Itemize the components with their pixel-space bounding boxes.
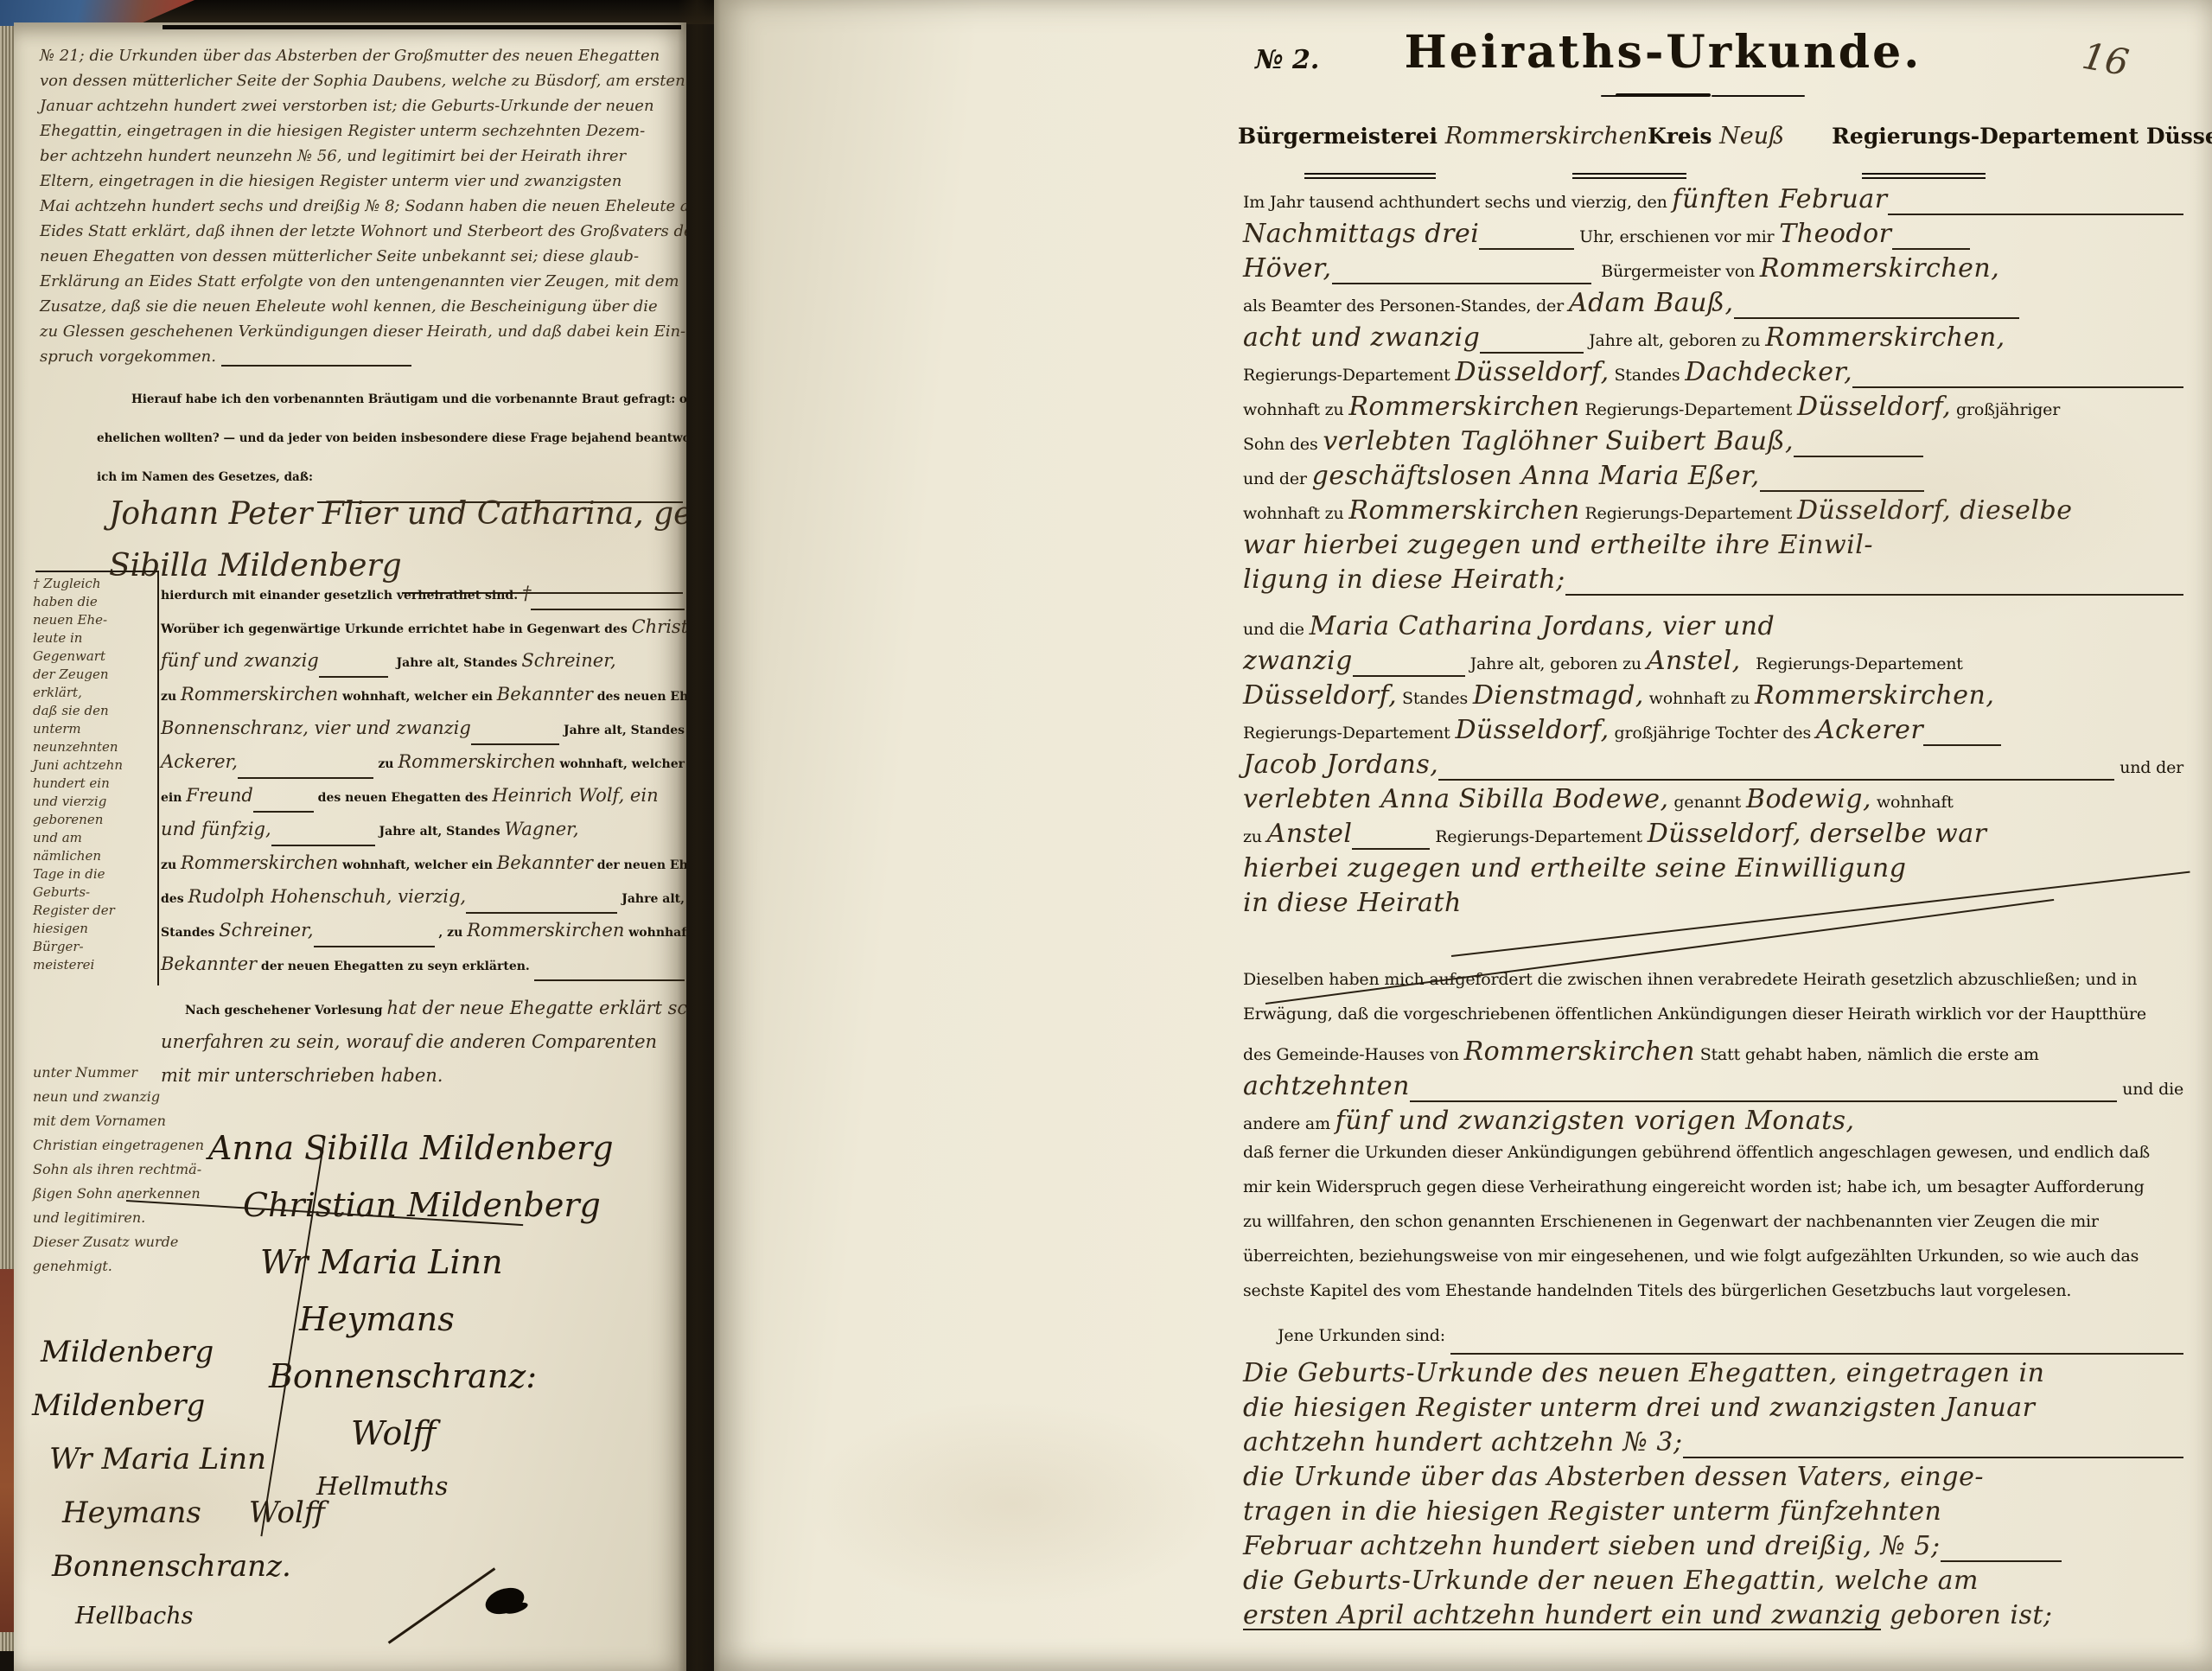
handwritten-text: Düsseldorf, derselbe war <box>1648 821 1987 847</box>
left-page: № 21; die Urkunden über das Absterben de… <box>14 22 686 1671</box>
handwritten-text: Nachmittags drei <box>1243 221 1479 247</box>
handwritten-text: haben die <box>33 594 98 609</box>
handwritten-text: Adam Bauß, <box>1569 290 1734 316</box>
form-line: tragen in die hiesigen Register unterm f… <box>1243 1499 2183 1534</box>
form-line: Bonnenschranz: <box>269 1357 686 1414</box>
form-line: Anna Sibilla Mildenberg <box>208 1129 686 1186</box>
handwritten-text: und am <box>33 830 82 845</box>
handwritten-text: leute in <box>33 630 82 646</box>
handwritten-text: hat der neue Ehegatte erklärt schreibens <box>386 998 686 1018</box>
form-line: nämlichen <box>33 848 154 866</box>
printed-text: Regierungs-Departement <box>1741 654 1963 673</box>
handwritten-text: acht und zwanzig <box>1243 325 1480 351</box>
handwritten-text: mit mir unterschrieben haben. <box>161 1065 443 1086</box>
form-line: leute in <box>33 630 154 648</box>
handwritten-text-underlined: ersten April achtzehn hundert ein und zw… <box>1243 1603 1881 1630</box>
handwritten-text: Gegenwart <box>33 648 105 664</box>
fill-in-blank-line <box>1892 248 1970 250</box>
form-line: Christian Mildenberg <box>243 1186 686 1243</box>
handwritten-page-number: 16 <box>2079 35 2132 85</box>
margin-note-column: † Zugleichhaben dieneuen Ehe-leute inGeg… <box>33 576 154 975</box>
handwritten-text: Heymans <box>62 1496 201 1530</box>
fill-in-blank-line <box>1734 317 2019 319</box>
handwritten-text: Düsseldorf, <box>1455 718 1609 743</box>
handwritten-text: zu Glessen geschehenen Verkündigungen di… <box>40 322 685 341</box>
handwritten-text: № 21; die Urkunden über das Absterben de… <box>40 47 660 65</box>
handwritten-text: Bekannter <box>161 953 257 974</box>
form-line: Bonnenschranz, vier und zwanzig Jahre al… <box>161 718 685 751</box>
printed-text: wohnhaft zu <box>1644 689 1755 708</box>
fill-in-blank-line <box>221 365 411 367</box>
handwritten-name: und <box>397 496 476 532</box>
handwritten-text: Düsseldorf, <box>1797 394 1951 420</box>
handwritten-text: Rommerskirchen, <box>1765 325 2005 351</box>
form-line: zu Anstel Regierungs-Departement Düsseld… <box>1243 821 2183 856</box>
fill-in-blank-line <box>1852 386 2183 388</box>
handwritten-text: verlebten Taglöhner Suibert Bauß, <box>1323 429 1794 455</box>
handwritten-text: hierbei zugegen und ertheilte seine Einw… <box>1243 856 1906 882</box>
form-line: Bürgermeisterei RommerskirchenKreis Neuß… <box>1238 123 2180 150</box>
handwritten-text: Ackerer, <box>161 751 238 772</box>
form-line: Wr Maria Linn <box>260 1243 686 1300</box>
printed-text: des neuen Ehegatten des <box>593 690 686 704</box>
handwritten-text: Mildenberg <box>32 1388 205 1423</box>
fill-in-blank-line <box>1923 744 2001 746</box>
handwritten-text: die Geburts-Urkunde der neuen Ehegattin,… <box>1243 1568 1979 1594</box>
printed-text: wohnhaft zu <box>1243 504 1348 523</box>
fill-in-blank-line <box>534 979 685 981</box>
handwritten-text: spruch vorgekommen. <box>40 348 221 366</box>
printed-text: Sohn des <box>1243 435 1323 454</box>
handwritten-text: Juni achtzehn <box>33 757 123 773</box>
printed-text: zu <box>161 690 181 704</box>
handwritten-text: Bonnenschranz. <box>52 1549 291 1584</box>
handwritten-text: Rudolph Hohenschuh, vierzig, <box>188 886 466 907</box>
handwritten-text: achtzehnten <box>1243 1074 1410 1100</box>
handwritten-text: † Zugleich <box>33 576 101 591</box>
handwritten-text: Wolff <box>249 1496 325 1530</box>
fill-in-blank-line <box>314 946 435 947</box>
certificate-body: Im Jahr tausend achthundert sechs und vi… <box>1243 187 2183 1637</box>
printed-text: zu <box>1243 827 1267 846</box>
fill-in-blank-line <box>1450 1353 2183 1355</box>
left-top-handwritten-block: № 21; die Urkunden über das Absterben de… <box>40 47 686 373</box>
form-line: Erwägung, daß die vorgeschriebenen öffen… <box>1243 1005 2183 1039</box>
printed-text: ehelichen wollten? — und da jeder von be… <box>97 431 686 445</box>
printed-text: der neuen Ehegatten und <box>593 858 686 872</box>
form-line: ehelichen wollten? — und da jeder von be… <box>97 431 683 470</box>
form-line: zu Rommerskirchen wohnhaft, welcher ein … <box>161 684 685 718</box>
form-line: fünf und zwanzig Jahre alt, Standes Schr… <box>161 650 685 684</box>
form-line: Februar achtzehn hundert sieben und drei… <box>1243 1534 2183 1568</box>
handwritten-text: Bodewig, <box>1746 787 1871 813</box>
fill-in-blank-line <box>319 676 388 678</box>
handwritten-text: Eltern, eingetragen in die hiesigen Regi… <box>40 172 622 190</box>
form-line: überreichten, beziehungsweise von mir ei… <box>1243 1247 2183 1281</box>
form-line: in diese Heirath <box>1243 890 2183 925</box>
handwritten-text: war hierbei zugegen und ertheilte ihre E… <box>1243 533 1873 558</box>
printed-text: Jahre alt, Standes <box>375 825 505 839</box>
printed-text: Standes <box>161 926 219 940</box>
fill-in-blank-line <box>271 845 375 846</box>
handwritten-text: Tage in die <box>33 866 105 882</box>
title-ornament-rule <box>1616 93 1711 97</box>
page-top-rule <box>163 25 681 29</box>
handwritten-text: Wagner, <box>504 819 578 839</box>
form-line: hierbei zugegen und ertheilte seine Einw… <box>1243 856 2183 890</box>
handwritten-text: zwanzig <box>1243 648 1353 674</box>
form-line: Erklärung an Eides Statt erfolgte von de… <box>40 272 686 297</box>
form-line: Nachmittags drei Uhr, erschienen vor mir… <box>1243 221 2183 256</box>
form-line: ber achtzehn hundert neunzehn № 56, und … <box>40 147 686 172</box>
handwritten-text: fünf und zwanzig <box>161 650 319 671</box>
handwritten-text: Erklärung an Eides Statt erfolgte von de… <box>40 272 679 290</box>
handwritten-text: ber achtzehn hundert neunzehn № 56, und … <box>40 147 626 165</box>
form-line: † Zugleich <box>33 576 154 594</box>
form-line: Register der <box>33 902 154 921</box>
form-line: verlebten Anna Sibilla Bodewe, genannt B… <box>1243 787 2183 821</box>
printed-text: als Beamter des Personen-Standes, der <box>1243 297 1569 316</box>
handwritten-text: Anstel <box>1267 821 1353 847</box>
handwritten-text: geborenen <box>33 812 103 827</box>
fill-in-blank-line <box>1438 779 2114 781</box>
form-line: mit mir unterschrieben haben. <box>161 1065 685 1099</box>
printed-text: zu <box>161 858 181 872</box>
handwritten-text: Ackerer <box>1816 718 1923 743</box>
handwritten-text: Hellmuths <box>316 1471 448 1501</box>
printed-text: des Gemeinde-Hauses von <box>1243 1045 1464 1064</box>
printed-text-bold: Bürgermeisterei <box>1238 124 1445 149</box>
form-line: ligung in diese Heirath; <box>1243 567 2183 602</box>
form-line: HeymansWolff <box>62 1496 322 1549</box>
handwritten-text: Neuß <box>1719 123 1784 150</box>
form-line: des Rudolph Hohenschuh, vierzig, Jahre a… <box>161 886 685 920</box>
fill-in-blank-line <box>1410 1100 2117 1102</box>
form-line: hierdurch mit einander gesetzlich verhei… <box>161 583 685 616</box>
handwritten-text: neuen Ehe- <box>33 612 107 628</box>
handwritten-text: Freund <box>186 785 253 806</box>
form-line: Jacob Jordans, und der <box>1243 752 2183 787</box>
form-line: Wolff <box>351 1414 686 1471</box>
form-line: die Geburts-Urkunde der neuen Ehegattin,… <box>1243 1568 2183 1603</box>
handwritten-name: Catharina, <box>477 496 644 532</box>
fill-in-blank-line <box>1941 1560 2062 1562</box>
signature-flourish <box>388 1567 496 1643</box>
fill-in-blank-line <box>253 811 314 813</box>
printed-text: daß ferner die Urkunden dieser Ankündigu… <box>1243 1143 2150 1162</box>
form-line: Düsseldorf, Standes Dienstmagd, wohnhaft… <box>1243 683 2183 718</box>
handwritten-text: unter Nummer <box>33 1064 137 1081</box>
printed-text: mir kein Widerspruch gegen diese Verheir… <box>1243 1177 2145 1196</box>
form-line: Höver, Bürgermeister von Rommerskirchen, <box>1243 256 2183 290</box>
handwritten-text: Bekannter <box>497 852 593 873</box>
handwritten-text: und vierzig <box>33 794 106 809</box>
handwritten-text: neun und zwanzig <box>33 1088 160 1105</box>
handwritten-text: unterm <box>33 721 81 737</box>
printed-text: Regierungs-Departement <box>1243 724 1455 743</box>
printed-text: Jene Urkunden sind: <box>1278 1326 1450 1345</box>
printed-text-bold: Regierungs-Departement Düsseldorf. <box>1832 124 2212 149</box>
printed-text: der neuen Ehegatten zu seyn erklärten. <box>257 960 534 973</box>
handwritten-name: Johann Peter Flier <box>109 496 397 532</box>
printed-text: Regierungs-Departement <box>1580 504 1797 523</box>
handwritten-text: neuen Ehegatten von dessen mütterlicher … <box>40 247 639 265</box>
printed-text: Worüber ich gegenwärtige Urkunde erricht… <box>161 622 632 636</box>
form-line: Bonnenschranz. <box>52 1549 322 1603</box>
printed-text: Jahre alt, <box>617 892 685 906</box>
handwritten-text: in diese Heirath <box>1243 890 1462 916</box>
handwritten-text: und fünfzig, <box>161 819 271 839</box>
printed-text: wohnhaft <box>1871 793 1954 812</box>
form-line: Juni achtzehn <box>33 757 154 775</box>
printed-text: des neuen Ehegatten des <box>314 791 493 805</box>
form-line: meisterei <box>33 957 154 975</box>
form-line: erklärt, <box>33 685 154 703</box>
handwritten-text: ligung in diese Heirath; <box>1243 567 1565 593</box>
printed-text: zu <box>373 757 398 771</box>
handwritten-text: Mai achtzehn hundert sechs und dreißig №… <box>40 197 686 215</box>
form-line: Mildenberg <box>32 1388 322 1442</box>
right-page-content: № 2. Heiraths-Urkunde. 16 Bürgermeistere… <box>1231 0 2196 1671</box>
printed-text: Statt gehabt haben, nämlich die erste am <box>1695 1045 2039 1064</box>
handwritten-text: der Zeugen <box>33 666 109 682</box>
printed-text: Regierungs-Departement <box>1580 400 1797 419</box>
printed-text: sechste Kapitel des vom Ehestande handel… <box>1243 1281 2071 1300</box>
form-line: wohnhaft zu Rommerskirchen Regierungs-De… <box>1243 498 2183 533</box>
fill-in-blank-line <box>1565 594 2183 596</box>
printed-text: Erwägung, daß die vorgeschriebenen öffen… <box>1243 1005 2146 1024</box>
handwritten-text: unerfahren zu sein, worauf die anderen C… <box>161 1031 657 1052</box>
handwritten-text: Jacob Jordans, <box>1243 752 1438 778</box>
form-line: № 21; die Urkunden über das Absterben de… <box>40 47 686 72</box>
form-line: sechste Kapitel des vom Ehestande handel… <box>1243 1281 2183 1316</box>
fill-in-blank-line <box>1352 848 1430 850</box>
fill-in-blank-line <box>466 912 617 914</box>
printed-text: , zu <box>435 926 468 940</box>
form-line: war hierbei zugegen und ertheilte ihre E… <box>1243 533 2183 567</box>
handwritten-text: die hiesigen Register unterm drei und zw… <box>1243 1395 2036 1421</box>
fill-in-blank-line <box>1353 675 1465 677</box>
handwritten-text: Zusatze, daß sie die neuen Eheleute wohl… <box>40 297 658 316</box>
form-line: zu Glessen geschehenen Verkündigungen di… <box>40 322 686 348</box>
fill-in-blank-line <box>531 609 685 610</box>
form-line: haben die <box>33 594 154 612</box>
form-line: Bürger- <box>33 939 154 957</box>
form-line: wohnhaft zu Rommerskirchen Regierungs-De… <box>1243 394 2183 429</box>
form-line: Jene Urkunden sind: <box>1278 1326 2183 1361</box>
printed-text: wohnhaft zu <box>1243 400 1348 419</box>
fill-in-blank-line <box>1480 352 1584 354</box>
margin-note-top-rule <box>35 571 159 572</box>
form-line: mir kein Widerspruch gegen diese Verheir… <box>1243 1177 2183 1212</box>
printed-text: Im Jahr tausend achthundert sechs und vi… <box>1243 193 1673 212</box>
form-line: zu Rommerskirchen wohnhaft, welcher ein … <box>161 852 685 886</box>
handwritten-text: Bonnenschranz, vier und zwanzig <box>161 718 471 738</box>
printed-text: und der <box>1243 469 1312 488</box>
ink-blot <box>482 1584 527 1619</box>
form-line: die Urkunde über das Absterben dessen Va… <box>1243 1464 2183 1499</box>
book-scan: № 21; die Urkunden über das Absterben de… <box>0 0 2212 1671</box>
printed-text: Jahre alt, geboren zu <box>1465 654 1647 673</box>
form-line: Worüber ich gegenwärtige Urkunde erricht… <box>161 616 685 650</box>
fill-in-blank-line <box>471 743 559 745</box>
handwritten-text: fünften Februar <box>1673 187 1888 213</box>
fill-in-blank-line <box>1760 490 1924 492</box>
form-line: Bekannter der neuen Ehegatten zu seyn er… <box>161 953 685 987</box>
handwritten-text: Anna Sibilla Mildenberg <box>208 1129 614 1167</box>
form-line: und der geschäftslosen Anna Maria Eßer, <box>1243 463 2183 498</box>
printed-text: wohnhaft, welcher ein <box>338 858 497 872</box>
handwritten-text: mit dem Vornamen <box>33 1113 166 1129</box>
handwritten-text: nämlichen <box>33 848 101 864</box>
handwritten-text: geboren ist; <box>1881 1603 2052 1629</box>
handwritten-text: Rommerskirchen <box>1348 394 1579 420</box>
handwritten-text: geschäftslosen Anna Maria Eßer, <box>1312 463 1760 489</box>
printed-text: überreichten, beziehungsweise von mir ei… <box>1243 1247 2139 1266</box>
handwritten-text: achtzehn hundert achtzehn № 3; <box>1243 1430 1683 1456</box>
handwritten-text: Wr Maria Linn <box>49 1442 266 1476</box>
fill-in-blank-line <box>1794 456 1923 457</box>
handwritten-text: daß sie den <box>33 703 109 718</box>
form-line: hiesigen <box>33 921 154 939</box>
printed-text: Regierungs-Departement <box>1243 366 1455 385</box>
printed-text: genannt <box>1669 793 1746 812</box>
form-line: Hierauf habe ich den vorbenannten Bräuti… <box>131 392 683 431</box>
handwritten-text: Rommerskirchen, <box>1755 683 1994 709</box>
form-line: Eides Statt erklärt, daß ihnen der letzt… <box>40 222 686 247</box>
form-line: Die Geburts-Urkunde des neuen Ehegatten,… <box>1243 1361 2183 1395</box>
handwritten-text: Januar achtzehn hundert zwei verstorben … <box>40 97 654 115</box>
printed-text: des <box>161 892 188 906</box>
left-form-section: hierdurch mit einander gesetzlich verhei… <box>161 583 685 1099</box>
form-line: hundert ein <box>33 775 154 794</box>
handwritten-text: Mildenberg <box>41 1335 214 1369</box>
handwritten-text: Wr Maria Linn <box>260 1243 503 1281</box>
form-line: Eltern, eingetragen in die hiesigen Regi… <box>40 172 686 197</box>
handwritten-text: Düsseldorf, <box>1243 683 1397 709</box>
printed-text: und der <box>2114 758 2183 777</box>
handwritten-text: Christian Mildenberg <box>243 1186 601 1224</box>
handwritten-text: Rommerskirchen <box>398 751 555 772</box>
form-line: Gegenwart <box>33 648 154 666</box>
form-line: ersten April achtzehn hundert ein und zw… <box>1243 1603 2183 1637</box>
handwritten-text: Rommerskirchen <box>1348 498 1579 524</box>
printed-text: Hierauf habe ich den vorbenannten Bräuti… <box>131 392 686 406</box>
handwritten-text: Rommerskirchen <box>1445 123 1648 150</box>
form-line: Mildenberg <box>41 1335 322 1388</box>
printed-text: Standes <box>1397 689 1473 708</box>
form-line: neuen Ehe- <box>33 612 154 630</box>
printed-text-bold: Kreis <box>1648 124 1719 149</box>
handwritten-text: Höver, <box>1243 256 1332 282</box>
handwritten-text: tragen in die hiesigen Register unterm f… <box>1243 1499 1941 1525</box>
double-rule <box>1862 173 1986 175</box>
form-line: achtzehn hundert achtzehn № 3; <box>1243 1430 2183 1464</box>
form-line: Januar achtzehn hundert zwei verstorben … <box>40 97 686 122</box>
handwritten-text: erklärt, <box>33 685 82 700</box>
form-line: Regierungs-Departement Düsseldorf, großj… <box>1243 718 2183 752</box>
form-line: Regierungs-Departement Düsseldorf, Stand… <box>1243 360 2183 394</box>
book-gutter-shadow <box>678 0 721 1671</box>
printed-text: wohnhaft, welcher ein <box>338 690 497 704</box>
handwritten-text: verlebten Anna Sibilla Bodewe, <box>1243 787 1669 813</box>
handwritten-text: Register der <box>33 902 115 918</box>
printed-text: Bürgermeister von <box>1591 262 1760 281</box>
handwritten-text: Schreiner, <box>521 650 615 671</box>
printed-text: andere am <box>1243 1114 1335 1133</box>
form-line: Nach geschehener Vorlesung hat der neue … <box>185 998 685 1031</box>
fill-in-blank-line <box>1332 283 1591 284</box>
handwritten-text: Rommerskirchen <box>181 684 338 705</box>
handwritten-text: Heymans <box>299 1300 455 1338</box>
form-line: Hellbachs <box>75 1603 322 1656</box>
handwritten-text: Bürger- <box>33 939 84 954</box>
printed-text: Uhr, erschienen vor mir <box>1574 227 1779 246</box>
form-line: andere am fünf und zwanzigsten vorigen M… <box>1243 1108 2183 1143</box>
form-line: acht und zwanzig Jahre alt, geboren zu R… <box>1243 325 2183 360</box>
form-line: und vierzig <box>33 794 154 812</box>
margin-note-vertical-rule <box>157 572 159 985</box>
printed-text: Jahre alt, geboren zu <box>1584 331 1765 350</box>
form-line: neuen Ehegatten von dessen mütterlicher … <box>40 247 686 272</box>
handwritten-text: Rommerskirchen, <box>1760 256 1999 282</box>
handwritten-text: Düsseldorf, <box>1455 360 1609 386</box>
handwritten-text: von dessen mütterlicher Seite der Sophia… <box>40 72 685 90</box>
form-line: Mai achtzehn hundert sechs und dreißig №… <box>40 197 686 222</box>
handwritten-text: Theodor <box>1779 221 1891 247</box>
printed-text: Jahre alt, Standes <box>559 724 685 737</box>
handwritten-text: Februar achtzehn hundert sieben und drei… <box>1243 1534 1941 1559</box>
form-line: daß ferner die Urkunden dieser Ankündigu… <box>1243 1143 2183 1177</box>
printed-text: Regierungs-Departement <box>1430 827 1647 846</box>
form-line: Zusatze, daß sie die neuen Eheleute wohl… <box>40 297 686 322</box>
margin-signature-block: MildenbergMildenbergWr Maria LinnHeymans… <box>28 1335 322 1656</box>
handwritten-text: meisterei <box>33 957 94 973</box>
handwritten-text: hundert ein <box>33 775 110 791</box>
printed-text: Nach geschehener Vorlesung <box>185 1004 386 1017</box>
fill-in-blank-line <box>1888 214 2183 215</box>
form-line: Tage in die <box>33 866 154 884</box>
form-line: als Beamter des Personen-Standes, der Ad… <box>1243 290 2183 325</box>
handwritten-text: Anstel, <box>1647 648 1741 674</box>
form-line: zwanzig Jahre alt, geboren zu Anstel, Re… <box>1243 648 2183 683</box>
printed-text: Standes <box>1610 366 1686 385</box>
handwritten-text: Heinrich Wolf, ein <box>492 785 658 806</box>
form-line: ein Freund des neuen Ehegatten des Heinr… <box>161 785 685 819</box>
handwritten-text: Die Geburts-Urkunde des neuen Ehegatten,… <box>1243 1361 2044 1387</box>
form-line: neunzehnten <box>33 739 154 757</box>
form-line: Geburts- <box>33 884 154 902</box>
printed-text: und die <box>1243 620 1310 639</box>
form-line: unerfahren zu sein, worauf die anderen C… <box>161 1031 685 1065</box>
form-line: Ehegattin, eingetragen in die hiesigen R… <box>40 122 686 147</box>
double-rule <box>1304 173 1436 175</box>
handwritten-text: neunzehnten <box>33 739 118 755</box>
form-line: spruch vorgekommen. <box>40 348 686 373</box>
handwritten-text: Wolff <box>351 1414 436 1452</box>
handwritten-text: Dienstmagd, <box>1473 683 1644 709</box>
printed-text: ich im Namen des Gesetzes, daß: <box>97 470 317 484</box>
handwritten-text: Hellbachs <box>75 1603 194 1630</box>
handwritten-text: Geburts- <box>33 884 90 900</box>
left-printed-paragraph: Hierauf habe ich den vorbenannten Bräuti… <box>97 392 683 509</box>
form-line: achtzehnten und die <box>1243 1074 2183 1108</box>
form-line: Ackerer, zu Rommerskirchen wohnhaft, wel… <box>161 751 685 785</box>
printed-text: Dieselben haben mich aufgefordert die zw… <box>1243 970 2137 989</box>
handwritten-text: Rommerskirchen <box>1464 1039 1695 1065</box>
handwritten-text: Rommerskirchen <box>467 920 624 941</box>
form-line: Heymans <box>299 1300 686 1357</box>
